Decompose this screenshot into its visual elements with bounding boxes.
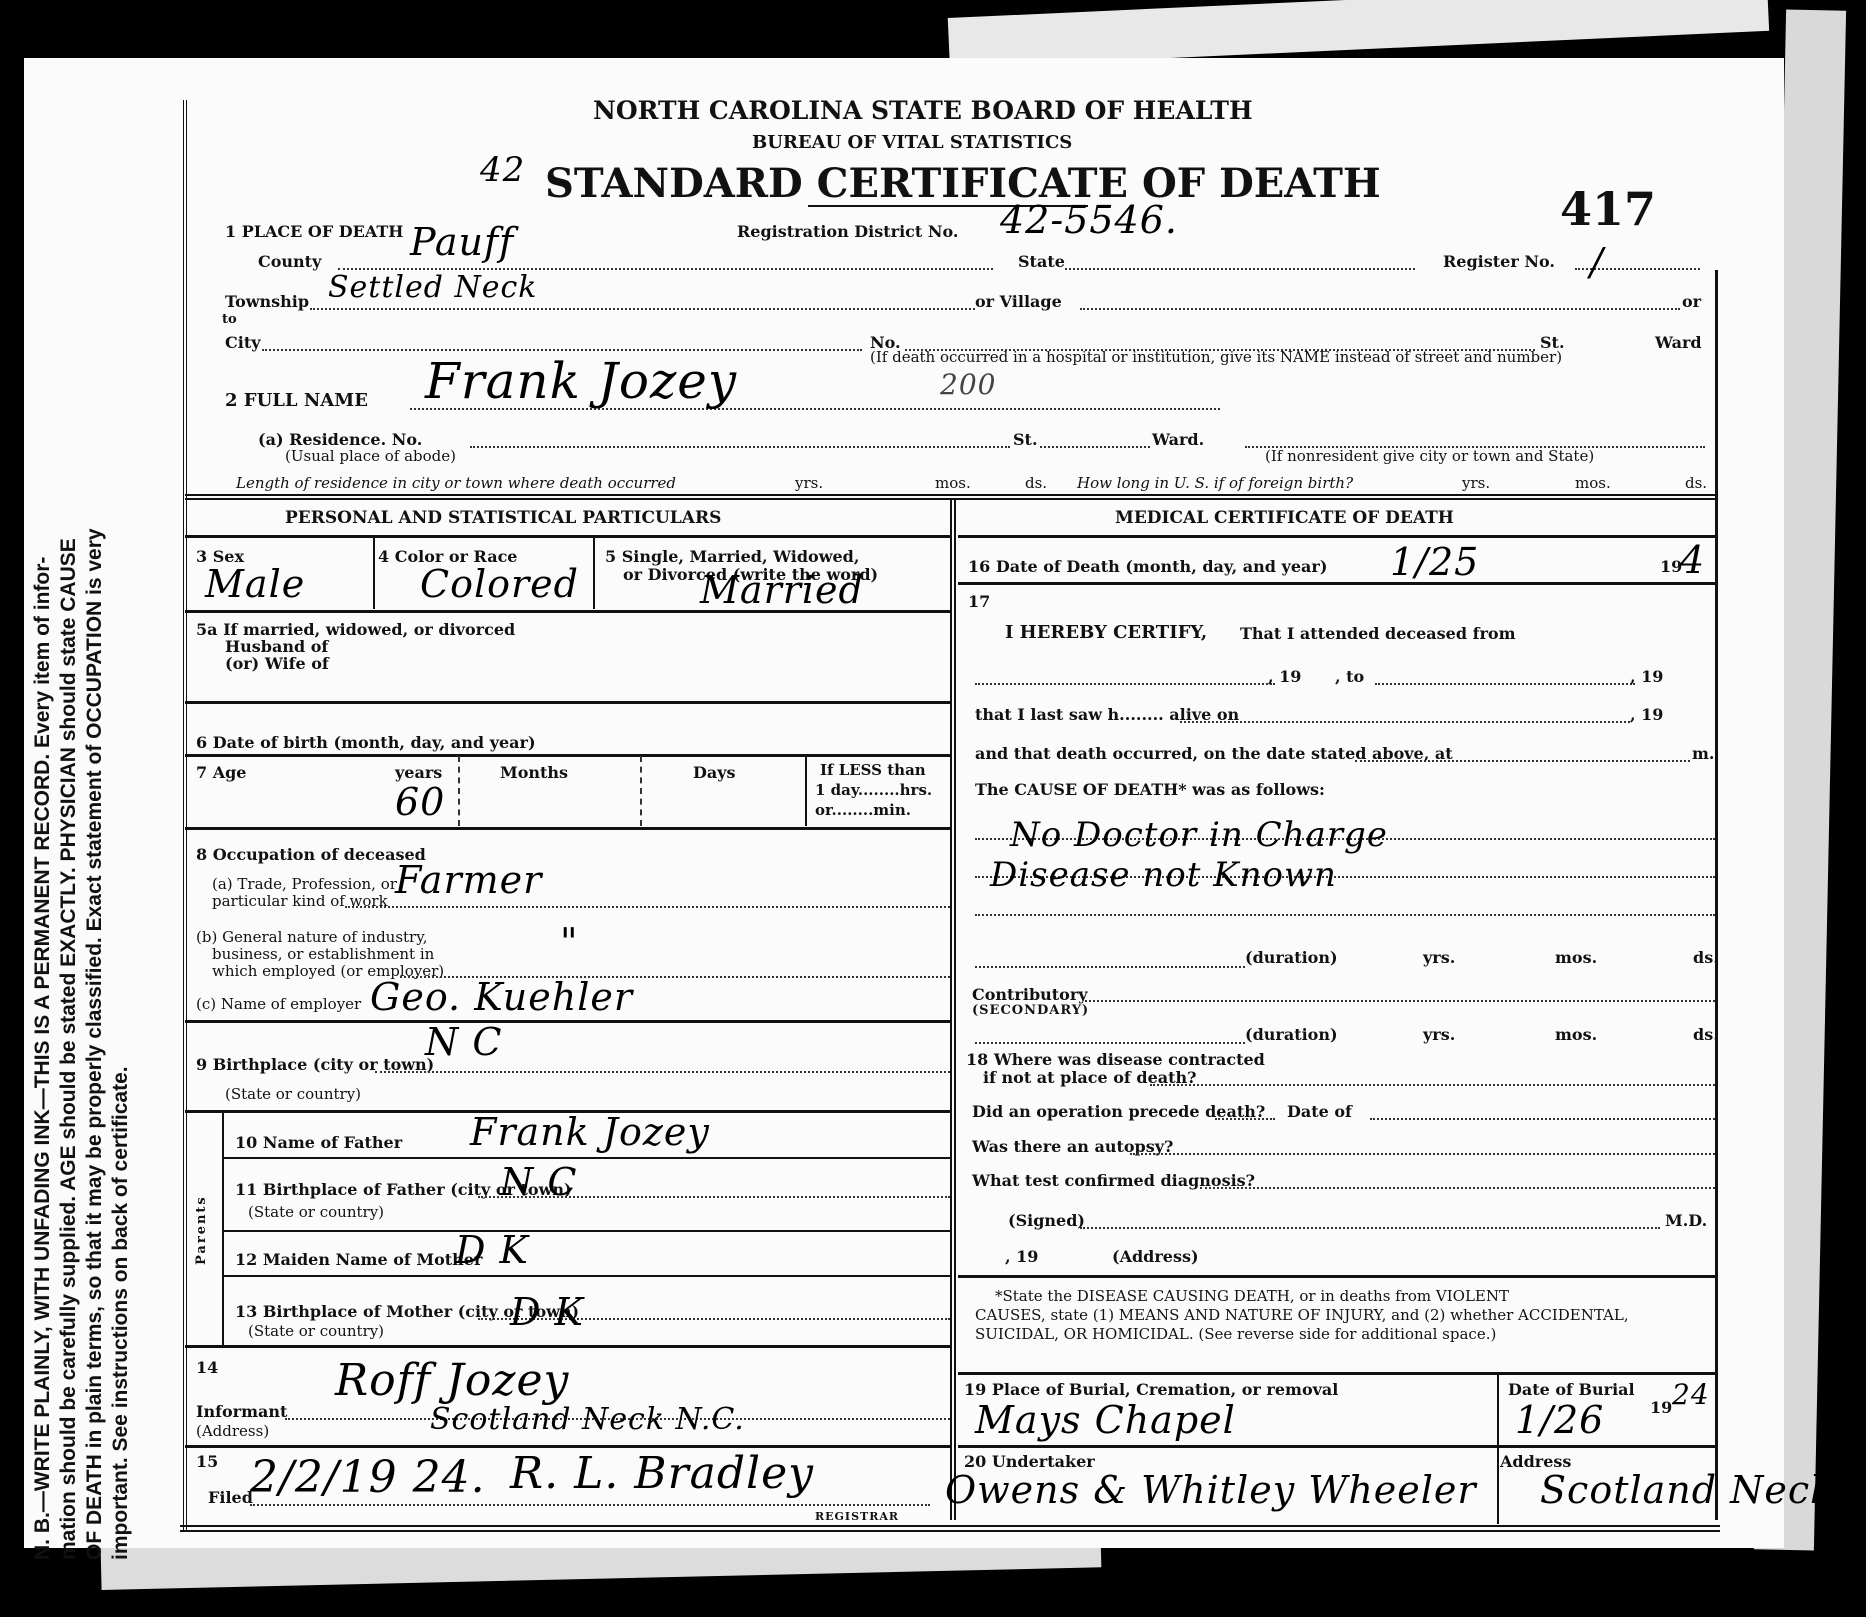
bureau-name: BUREAU OF VITAL STATISTICS	[752, 132, 1072, 153]
burial-year-value[interactable]: 24	[1672, 1378, 1710, 1411]
place-of-death-label: 1 PLACE OF DEATH	[225, 222, 403, 241]
certify-heading: I HEREBY CERTIFY,	[1005, 622, 1207, 643]
foreign-yrs: yrs.	[1462, 474, 1490, 492]
informant-number: 14	[196, 1358, 218, 1377]
residence-sublabel: (Usual place of abode)	[285, 447, 456, 465]
footnote-line-1: *State the DISEASE CAUSING DEATH, or in …	[995, 1287, 1509, 1305]
agency-name: NORTH CAROLINA STATE BOARD OF HEALTH	[593, 96, 1253, 125]
duration-ds: ds.	[1693, 948, 1719, 967]
row7-bottom	[185, 827, 950, 830]
duration-mos: mos.	[1555, 948, 1597, 967]
duration2-label: (duration)	[1245, 1025, 1338, 1044]
foreign-birth-label: How long in U. S. if of foreign birth?	[1077, 474, 1353, 492]
row12-bottom	[224, 1275, 950, 1277]
or-label: or	[1682, 292, 1701, 311]
mother-maiden-label: 12 Maiden Name of Mother	[235, 1250, 482, 1269]
or-village-label: or Village	[975, 292, 1062, 311]
filed-label: Filed	[208, 1488, 253, 1507]
cause-value-1[interactable]: No Doctor in Charge	[1010, 815, 1388, 855]
less-than-label-2: 1 day........hrs.	[815, 781, 932, 799]
race-marital-divider	[593, 537, 595, 609]
signed-year-label: , 19	[1005, 1247, 1038, 1266]
spouse-label-3: (or) Wife of	[225, 654, 329, 673]
residence-ward-label: Ward.	[1152, 430, 1204, 449]
right-border	[1715, 270, 1718, 1520]
filed-number: 15	[196, 1452, 218, 1471]
secondary-label: (SECONDARY)	[972, 1003, 1089, 1018]
mother-birthplace-state-label: (State or country)	[248, 1322, 384, 1340]
registration-district-value[interactable]: 42-5546.	[1000, 198, 1178, 242]
row10-bottom	[224, 1157, 950, 1159]
industry-label-1: (b) General nature of industry,	[196, 928, 427, 946]
father-birthplace-state-label: (State or country)	[248, 1203, 384, 1221]
foreign-ds: ds.	[1685, 474, 1707, 492]
state-line	[1065, 268, 1415, 270]
mother-maiden-value[interactable]: D K	[455, 1228, 529, 1272]
duration-label: (duration)	[1245, 948, 1338, 967]
duration-yrs: yrs.	[1423, 948, 1455, 967]
city-label: City	[225, 333, 261, 352]
residence-no-line	[470, 446, 1010, 448]
sex-value[interactable]: Male	[205, 562, 305, 606]
father-birthplace-value[interactable]: N C	[500, 1160, 577, 1204]
occupation-label: 8 Occupation of deceased	[196, 845, 426, 864]
burial-date-value[interactable]: 1/26	[1515, 1398, 1604, 1442]
township-value[interactable]: Settled Neck	[328, 270, 538, 305]
age-years-value[interactable]: 60	[395, 780, 445, 824]
from-line	[975, 683, 1275, 685]
marital-value[interactable]: Married	[700, 568, 864, 612]
operation-line	[1215, 1118, 1275, 1120]
residence-st-line	[1040, 446, 1150, 448]
burial-year-prefix: 19	[1650, 1398, 1672, 1417]
registration-district-label: Registration District No.	[737, 222, 958, 241]
residence-st-label: St.	[1013, 430, 1038, 449]
hospital-note: (If death occurred in a hospital or inst…	[870, 348, 1562, 366]
mother-birthplace-value[interactable]: D K	[510, 1290, 584, 1334]
item18-line	[1150, 1084, 1715, 1086]
parents-label: Parents	[194, 1195, 209, 1265]
row8-bottom	[185, 1020, 950, 1023]
nonresident-note: (If nonresident give city or town and St…	[1265, 447, 1594, 465]
signed-label: (Signed)	[1008, 1211, 1085, 1230]
footnote-bottom	[958, 1372, 1715, 1375]
register-no-label: Register No.	[1443, 252, 1555, 271]
father-name-label: 10 Name of Father	[235, 1133, 402, 1152]
date-of-death-year[interactable]: 4	[1680, 538, 1705, 582]
certify-text: That I attended deceased from	[1240, 624, 1516, 643]
margin-line-2: mation should be carefully supplied. AGE…	[56, 528, 82, 1560]
medical-title-line	[958, 535, 1715, 538]
birthplace-state-label: (State or country)	[225, 1085, 361, 1103]
informant-address-label: (Address)	[196, 1422, 269, 1440]
last-saw-line	[1180, 721, 1630, 723]
trade-label-1: (a) Trade, Profession, or	[212, 875, 397, 893]
duration2-line	[975, 1042, 1245, 1044]
employer-value[interactable]: Geo. Kuehler	[370, 975, 633, 1019]
undertaker-value[interactable]: Owens & Whitley Wheeler	[945, 1468, 1477, 1512]
stamp-number: 417	[1560, 182, 1656, 236]
length-ds: ds.	[1025, 474, 1047, 492]
margin-line-4: important. See instructions on back of c…	[108, 528, 134, 1560]
contributory-line	[1085, 1000, 1715, 1002]
informant-address-value[interactable]: Scotland Neck N.C.	[430, 1402, 745, 1437]
duration2-mos: mos.	[1555, 1025, 1597, 1044]
less-than-label-3: or........min.	[815, 801, 911, 819]
full-name-extra: 200	[940, 368, 996, 401]
birthplace-value[interactable]: N C	[425, 1020, 502, 1064]
informant-label: Informant	[196, 1402, 287, 1421]
item17-number: 17	[968, 592, 990, 611]
signed-line	[1080, 1227, 1660, 1229]
medical-section-title: MEDICAL CERTIFICATE OF DEATH	[1115, 508, 1454, 528]
margin-line-3: OF DEATH in plain terms, so that it may …	[82, 528, 108, 1560]
test-line	[1200, 1187, 1715, 1189]
signed-address-label: (Address)	[1112, 1247, 1199, 1266]
to-19: , 19	[1630, 667, 1663, 686]
item18-label-1: 18 Where was disease contracted	[966, 1050, 1265, 1069]
date-of-death-label: 16 Date of Death (month, day, and year)	[968, 557, 1327, 576]
footnote-line-3: SUICIDAL, OR HOMICIDAL. (See reverse sid…	[975, 1325, 1496, 1343]
father-name-value[interactable]: Frank Jozey	[470, 1110, 710, 1154]
left-border	[183, 100, 187, 1530]
burial-date-label: Date of Burial	[1508, 1380, 1635, 1399]
full-name-value[interactable]: Frank Jozey	[425, 352, 737, 410]
trade-value[interactable]: Farmer	[395, 858, 542, 902]
birthplace-line	[375, 1071, 950, 1073]
handwritten-prefix: 42	[480, 150, 525, 190]
state-label: State	[1018, 252, 1065, 271]
county-value[interactable]: Pauff	[410, 220, 514, 264]
years-months-divider	[458, 756, 460, 826]
date-of-death-year-prefix: 19	[1660, 557, 1682, 576]
registrar-label: REGISTRAR	[815, 1510, 899, 1523]
row6-bottom	[185, 754, 950, 757]
parents-bottom	[185, 1345, 950, 1348]
to-label: to	[222, 312, 237, 327]
margin-instructions: N. B.—WRITE PLAINLY, WITH UNFADING INK—T…	[30, 528, 134, 1560]
length-mos: mos.	[935, 474, 971, 492]
industry-label-2: business, or establishment in	[212, 945, 434, 963]
length-residence-label: Length of residence in city or town wher…	[236, 474, 676, 492]
register-no-value[interactable]: /	[1590, 240, 1604, 284]
length-yrs: yrs.	[795, 474, 823, 492]
margin-line-1: N. B.—WRITE PLAINLY, WITH UNFADING INK—T…	[30, 528, 56, 1560]
burial-value[interactable]: Mays Chapel	[975, 1398, 1236, 1442]
township-line	[310, 308, 975, 310]
autopsy-line	[1130, 1153, 1715, 1155]
village-line	[1080, 308, 1680, 310]
filed-value[interactable]: 2/2/19 24.	[250, 1452, 486, 1503]
duration2-yrs: yrs.	[1423, 1025, 1455, 1044]
months-label: Months	[500, 763, 568, 782]
death-time-line	[1355, 760, 1690, 762]
dob-label: 6 Date of birth (month, day, and year)	[196, 733, 536, 752]
contributory-label: Contributory	[972, 985, 1088, 1004]
full-name-label: 2 FULL NAME	[225, 390, 368, 411]
township-label: Township	[225, 292, 309, 311]
last-saw-19: , 19	[1630, 705, 1663, 724]
bottom-border	[180, 1525, 1720, 1532]
certificate-title: STANDARD CERTIFICATE OF DEATH	[545, 160, 1381, 207]
cause-value-2[interactable]: Disease not Known	[990, 855, 1337, 895]
county-label: County	[258, 252, 321, 271]
sex-race-divider	[373, 537, 375, 609]
days-less-divider	[805, 756, 807, 826]
center-divider	[950, 500, 956, 1520]
operation-date-line	[1370, 1118, 1715, 1120]
from-19: , 19	[1268, 667, 1301, 686]
to-label: , to	[1335, 667, 1364, 686]
foreign-mos: mos.	[1575, 474, 1611, 492]
to-line	[1375, 683, 1635, 685]
informant-value[interactable]: Roff Jozey	[335, 1355, 569, 1406]
m-label: m.	[1692, 744, 1715, 763]
date-of-death-value[interactable]: 1/25	[1390, 540, 1479, 584]
undertaker-address-value[interactable]: Scotland Neck	[1540, 1468, 1834, 1512]
row16-bottom	[958, 582, 1715, 585]
duration2-ds: ds.	[1693, 1025, 1719, 1044]
months-days-divider	[640, 756, 642, 826]
operation-date-label: Date of	[1287, 1102, 1352, 1121]
burial-divider	[1497, 1374, 1499, 1524]
city-line	[262, 349, 862, 351]
parents-divider	[222, 1112, 224, 1345]
city-ward-label: Ward	[1655, 333, 1702, 352]
registrar-signature[interactable]: R. L. Bradley	[510, 1448, 814, 1499]
industry-value[interactable]: "	[560, 920, 578, 964]
burial-label: 19 Place of Burial, Cremation, or remova…	[964, 1380, 1338, 1399]
filed-line	[250, 1504, 930, 1506]
age-label: 7 Age	[196, 763, 246, 782]
row3-bottom	[185, 610, 950, 613]
personal-title-line	[185, 535, 950, 538]
days-label: Days	[693, 763, 736, 782]
medical-cert-bottom	[958, 1275, 1715, 1278]
cause-line-3	[975, 914, 1715, 916]
employer-label: (c) Name of employer	[196, 995, 361, 1013]
personal-section-title: PERSONAL AND STATISTICAL PARTICULARS	[285, 508, 721, 528]
row11-bottom	[224, 1230, 950, 1232]
footnote-line-2: CAUSES, state (1) MEANS AND NATURE OF IN…	[975, 1306, 1629, 1324]
md-label: M.D.	[1665, 1211, 1707, 1230]
race-value[interactable]: Colored	[420, 562, 579, 606]
cause-label: The CAUSE OF DEATH* was as follows:	[975, 780, 1325, 799]
burial-bottom	[958, 1445, 1715, 1448]
row5a-bottom	[185, 701, 950, 704]
marital-label-1: 5 Single, Married, Widowed,	[605, 547, 859, 566]
duration-line	[975, 966, 1245, 968]
less-than-label-1: If LESS than	[820, 761, 926, 779]
trade-line	[345, 906, 950, 908]
